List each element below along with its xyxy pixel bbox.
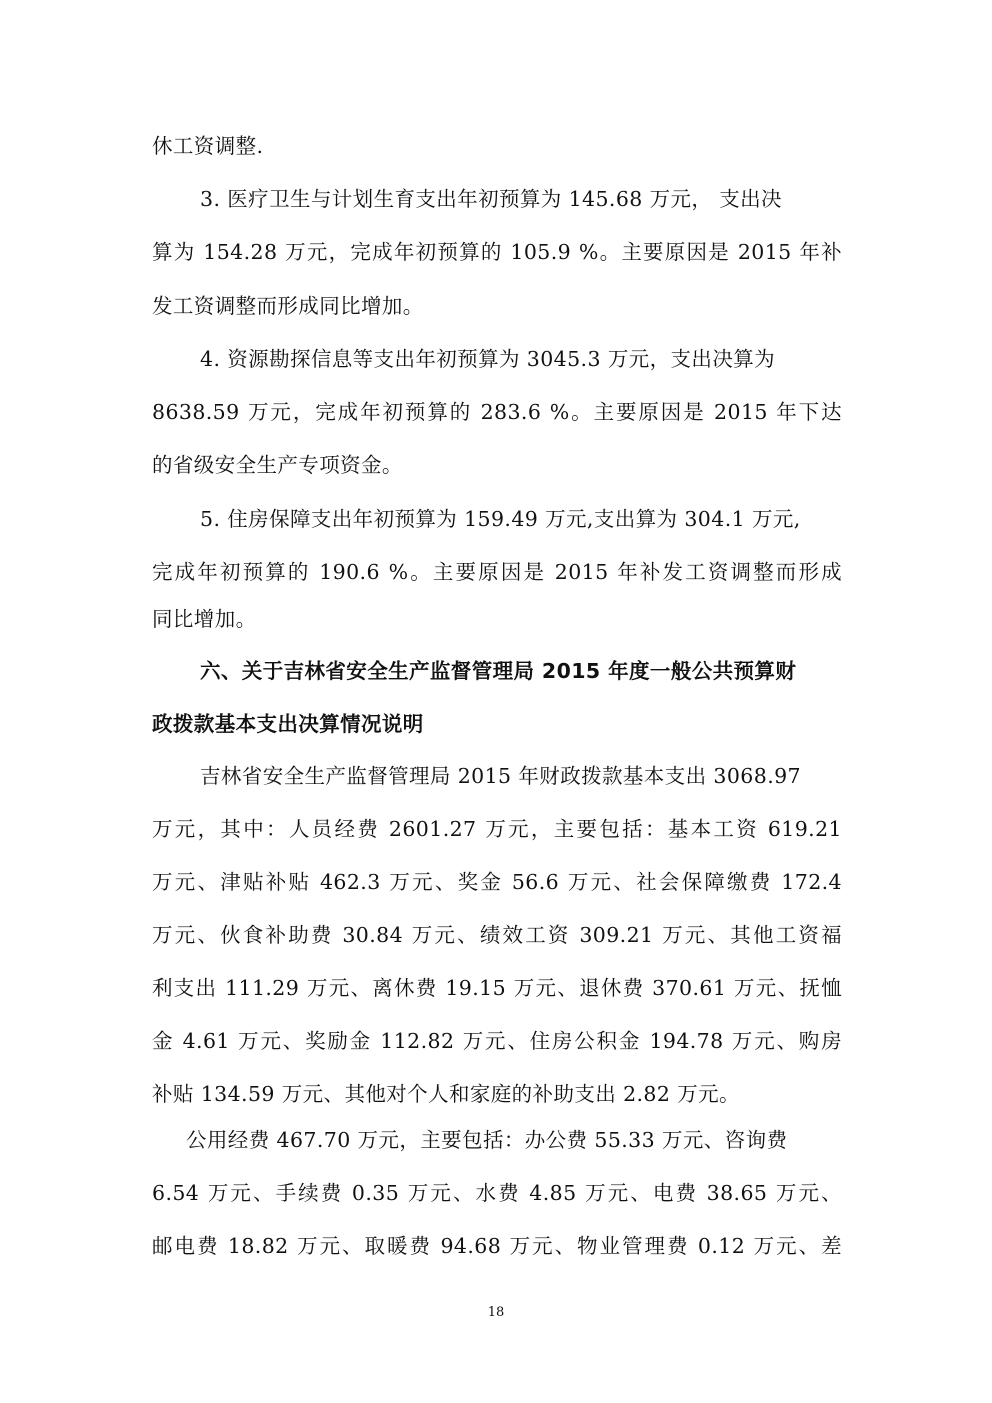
public-expenditure-paragraph-line-3: 邮电费 18.82 万元、取暖费 94.68 万元、物业管理费 0.12 万元、… — [152, 1231, 842, 1261]
item-4-resource-expenditure-line-3: 的省级安全生产专项资金。 — [152, 450, 842, 480]
public-expenditure-paragraph-line-2: 6.54 万元、手续费 0.35 万元、水费 4.85 万元、电费 38.65 … — [152, 1178, 842, 1208]
item-5-housing-expenditure-line-2: 完成年初预算的 190.6 %。主要原因是 2015 年补发工资调整而形成 — [152, 557, 842, 587]
section-6-heading-line-1: 六、关于吉林省安全生产监督管理局 2015 年度一般公共预算财 — [200, 656, 842, 686]
page-number: 18 — [0, 1303, 992, 1323]
section-6-heading-line-2: 政拨款基本支出决算情况说明 — [152, 709, 842, 739]
basic-expenditure-paragraph-line-3: 万元、津贴补贴 462.3 万元、奖金 56.6 万元、社会保障缴费 172.4 — [152, 867, 842, 897]
document-page: 休工资调整. 3. 医疗卫生与计划生育支出年初预算为 145.68 万元， 支出… — [0, 0, 992, 1403]
item-3-health-expenditure-line-3: 发工资调整而形成同比增加。 — [152, 291, 842, 321]
basic-expenditure-paragraph-line-5: 利支出 111.29 万元、离休费 19.15 万元、退休费 370.61 万元… — [152, 973, 842, 1003]
basic-expenditure-paragraph-line-7: 补贴 134.59 万元、其他对个人和家庭的补助支出 2.82 万元。 — [152, 1079, 842, 1109]
public-expenditure-paragraph-line-1: 公用经费 467.70 万元，主要包括：办公费 55.33 万元、咨询费 — [186, 1125, 842, 1155]
item-4-resource-expenditure-line-2: 8638.59 万元，完成年初预算的 283.6 %。主要原因是 2015 年下… — [152, 397, 842, 427]
basic-expenditure-paragraph-line-1: 吉林省安全生产监督管理局 2015 年财政拨款基本支出 3068.97 — [200, 761, 842, 791]
basic-expenditure-paragraph-line-6: 金 4.61 万元、奖励金 112.82 万元、住房公积金 194.78 万元、… — [152, 1026, 842, 1056]
basic-expenditure-paragraph-line-4: 万元、伙食补助费 30.84 万元、绩效工资 309.21 万元、其他工资福 — [152, 920, 842, 950]
item-3-health-expenditure-line-2: 算为 154.28 万元，完成年初预算的 105.9 %。主要原因是 2015 … — [152, 237, 842, 267]
item-4-resource-expenditure-line-1: 4. 资源勘探信息等支出年初预算为 3045.3 万元，支出决算为 — [200, 344, 842, 374]
item-5-housing-expenditure-line-1: 5. 住房保障支出年初预算为 159.49 万元,支出算为 304.1 万元, — [200, 504, 842, 534]
item-5-housing-expenditure-line-3: 同比增加。 — [152, 604, 842, 634]
paragraph-line-continuation: 休工资调整. — [152, 131, 842, 161]
basic-expenditure-paragraph-line-2: 万元，其中：人员经费 2601.27 万元，主要包括：基本工资 619.21 — [152, 814, 842, 844]
item-3-health-expenditure-line-1: 3. 医疗卫生与计划生育支出年初预算为 145.68 万元， 支出决 — [200, 184, 842, 214]
